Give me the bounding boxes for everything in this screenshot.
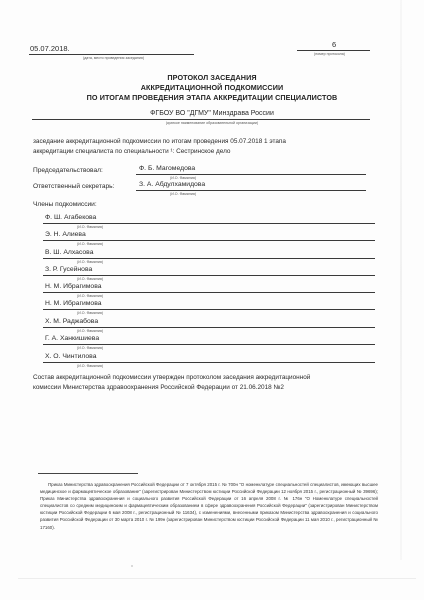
members-label: Члены подкомиссии: (33, 201, 97, 208)
member-item: Н. М. Ибрагимова (45, 300, 102, 307)
title-line-1: ПРОТОКОЛ ЗАСЕДАНИЯ (0, 73, 424, 82)
member-hint: (И.О. Фамилия) (77, 260, 103, 264)
scan-bottom-edge (18, 578, 416, 579)
chair-underline (136, 174, 366, 175)
meeting-date: 05.07.2018. (30, 44, 70, 53)
member-item: Ф. Ш. Агабекова (45, 214, 96, 221)
member-underline (43, 309, 375, 310)
approval-paragraph: Состав аккредитационной подкомиссии утве… (33, 373, 378, 392)
date-underline (29, 54, 194, 55)
member-item: Э. Н. Алиева (45, 231, 86, 238)
member-item: Х. О. Чинтилова (45, 353, 97, 360)
member-item: Н. М. Ибрагимова (45, 283, 102, 290)
document-page: 05.07.2018. (дата, место проведения засе… (0, 0, 424, 600)
member-hint: (И.О. Фамилия) (77, 277, 103, 281)
protocol-number-underline (297, 50, 370, 51)
organization-underline (32, 119, 370, 120)
member-underline (43, 292, 375, 293)
secretary-hint: (И.О. Фамилия) (170, 192, 196, 196)
member-underline (43, 240, 375, 241)
chair-label: Председательствовал: (33, 167, 103, 174)
intro-line-1: заседание аккредитационной подкомиссии п… (33, 137, 363, 147)
member-item: Х. М. Раджабова (45, 318, 98, 325)
member-hint: (И.О. Фамилия) (77, 225, 103, 229)
protocol-number: 6 (332, 40, 336, 49)
member-underline (43, 275, 375, 276)
secretary-underline (136, 190, 366, 191)
organization-name: ФГБОУ ВО "ДГМУ" Минздрава России (0, 110, 424, 117)
intro-paragraph: заседание аккредитационной подкомиссии п… (33, 137, 363, 156)
member-item: Г. А. Ханкишиева (45, 335, 99, 342)
member-hint: (И.О. Фамилия) (77, 329, 103, 333)
secretary-label: Ответственный секретарь: (33, 183, 114, 190)
title-line-3: ПО ИТОГАМ ПРОВЕДЕНИЯ ЭТАПА АККРЕДИТАЦИИ … (0, 93, 424, 102)
organization-hint: (краткое наименование образовательной ор… (0, 121, 424, 125)
member-hint: (И.О. Фамилия) (77, 364, 103, 368)
member-item: З. Р. Гусейнова (45, 266, 92, 273)
member-hint: (И.О. Фамилия) (77, 346, 103, 350)
chair-hint: (И.О. Фамилия) (170, 176, 196, 180)
member-hint: (И.О. Фамилия) (77, 294, 103, 298)
protocol-number-hint: (номер протокола) (314, 52, 345, 56)
member-hint: (И.О. Фамилия) (77, 311, 103, 315)
title-line-2: АККРЕДИТАЦИОННОЙ ПОДКОМИССИИ (0, 83, 424, 92)
member-underline (43, 344, 375, 345)
approval-line-2: комиссии Министерства здравоохранения Ро… (33, 383, 378, 393)
chair-name: Ф. Б. Магомедова (139, 165, 195, 172)
secretary-name: З. А. Абдулхамидова (139, 181, 205, 188)
scan-speck (131, 565, 133, 567)
footnote-text: Приказ Министерства здравоохранения Росс… (40, 481, 378, 531)
member-item: В. Ш. Алхасова (45, 249, 94, 256)
member-underline (43, 362, 375, 363)
footnote-separator (38, 473, 138, 474)
approval-line-1: Состав аккредитационной подкомиссии утве… (33, 373, 378, 383)
date-hint: (дата, место проведения заседания) (83, 56, 144, 60)
intro-line-2: аккредитации специалиста по специальност… (33, 147, 363, 157)
member-hint: (И.О. Фамилия) (77, 242, 103, 246)
member-underline (43, 258, 375, 259)
member-underline (43, 223, 375, 224)
member-underline (43, 327, 375, 328)
